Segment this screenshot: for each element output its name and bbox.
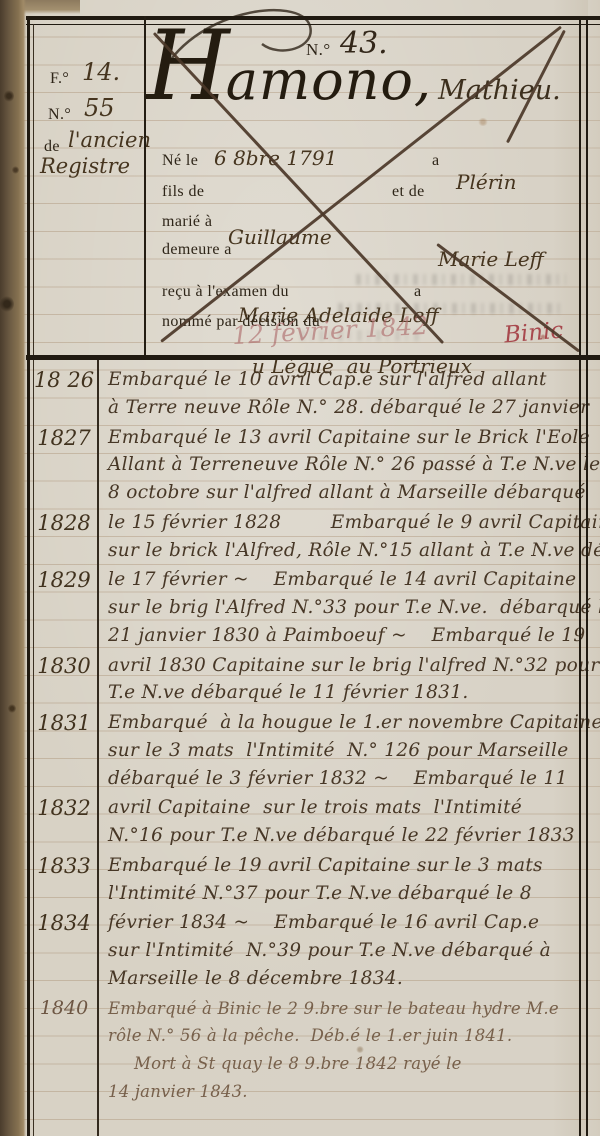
table-top-rule — [26, 355, 600, 360]
entry-line: février 1834 ~ Embarqué le 16 avril Cap.… — [108, 909, 596, 937]
born-label: Né le — [162, 152, 198, 170]
frame-right-rule — [579, 16, 581, 1136]
entry-text: avril 1830 Capitaine sur le brig l'alfre… — [98, 652, 599, 708]
frame-left-rule — [27, 16, 30, 1136]
entry-line: Embarqué le 19 avril Capitaine sur le 3 … — [108, 852, 596, 880]
exam-at-label: a — [414, 283, 422, 301]
table-row: 1830 avril 1830 Capitaine sur le brig l'… — [30, 652, 596, 708]
table-row: 1833 Embarqué le 19 avril Capitaine sur … — [30, 852, 596, 908]
record-name: Hamono,Mathieu. — [146, 26, 561, 112]
register-page: F.° 14. N.° 55 de l'ancien Registre N.° … — [0, 0, 600, 1136]
entry-line: l'Intimité N.°37 pour T.e N.ve débarqué … — [108, 880, 596, 908]
entry-line: Embarqué le 13 avril Capitaine sur le Br… — [108, 424, 600, 452]
entry-line: Embarqué le 10 avril Cap.e sur l'alfred … — [108, 366, 596, 394]
entry-line: à Terre neuve Rôle N.° 28. débarqué le 2… — [108, 394, 596, 422]
entry-year: 18 26 — [30, 366, 98, 422]
table-row: 18 26 Embarqué le 10 avril Cap.e sur l'a… — [30, 366, 596, 422]
frame-right-rule-outer — [586, 16, 588, 1136]
ink-stain — [0, 296, 14, 312]
surname: amono, — [226, 49, 432, 112]
table-row: 1827 Embarqué le 13 avril Capitaine sur … — [30, 424, 596, 507]
entry-text: Embarqué à Binic le 2 9.bre sur le batea… — [98, 995, 596, 1106]
resides-label: demeure a — [162, 241, 232, 259]
old-number-value: 55 — [84, 94, 115, 122]
mother-name: Marie Leff — [438, 247, 600, 271]
frame-top-rule-thin — [26, 24, 600, 25]
service-entries: 18 26 Embarqué le 10 avril Cap.e sur l'a… — [30, 366, 596, 1108]
entry-text: Embarqué le 13 avril Capitaine sur le Br… — [98, 424, 600, 507]
register-ref-line1: l'ancien — [68, 128, 151, 152]
entry-line: Embarqué à la hougue le 1.er novembre Ca… — [108, 709, 600, 737]
entry-year: 1829 — [30, 566, 98, 649]
entry-line: 21 janvier 1830 à Paimboeuf ~ Embarqué l… — [108, 622, 600, 650]
entry-line: 8 octobre sur l'alfred allant à Marseill… — [108, 479, 600, 507]
foxing-spot — [356, 1046, 364, 1053]
foxing-spot — [478, 118, 488, 126]
entry-text: avril Capitaine sur le trois mats l'Inti… — [98, 794, 596, 850]
frame-left-rule-thin — [33, 24, 34, 1136]
entry-line: le 15 février 1828 Embarqué le 9 avril C… — [108, 509, 600, 537]
entry-line: avril 1830 Capitaine sur le brig l'alfre… — [108, 652, 599, 680]
foxing-spot — [540, 334, 546, 340]
folio-label: F.° — [50, 70, 69, 88]
entry-year: 1828 — [30, 509, 98, 565]
entry-line: Allant à Terreneuve Rôle N.° 26 passé à … — [108, 451, 600, 479]
entry-line: rôle N.° 56 à la pêche. Déb.é le 1.er ju… — [108, 1022, 596, 1050]
entry-year: 1834 — [30, 909, 98, 992]
entry-line: sur l'Intimité N.°39 pour T.e N.ve débar… — [108, 937, 596, 965]
year-column-divider — [97, 360, 99, 1136]
entry-year: 1830 — [30, 652, 98, 708]
son-of-label: fils de — [162, 183, 204, 201]
entry-line: sur le brig l'Alfred N.°33 pour T.e N.ve… — [108, 594, 600, 622]
entry-year: 1827 — [30, 424, 98, 507]
entry-line: débarqué le 3 février 1832 ~ Embarqué le… — [108, 765, 600, 793]
entry-line: N.°16 pour T.e N.ve débarqué le 22 févri… — [108, 822, 596, 850]
married-label: marié à — [162, 213, 212, 231]
entry-line: Marseille le 8 décembre 1834. — [108, 965, 596, 993]
table-row: 1831 Embarqué à la hougue le 1.er novemb… — [30, 709, 596, 792]
and-of-label: et de — [392, 183, 425, 201]
table-row: 1834 février 1834 ~ Embarqué le 16 avril… — [30, 909, 596, 992]
ink-stain — [8, 704, 16, 713]
old-number-label: N.° — [48, 106, 71, 124]
entry-text: Embarqué à la hougue le 1.er novembre Ca… — [98, 709, 600, 792]
entry-line: 14 janvier 1843. — [108, 1078, 596, 1106]
table-row: 1840 Embarqué à Binic le 2 9.bre sur le … — [30, 995, 596, 1106]
entry-line: Embarqué à Binic le 2 9.bre sur le batea… — [108, 995, 596, 1023]
born-at-label: a — [432, 152, 440, 170]
entry-line: sur le brick l'Alfred, Rôle N.°15 allant… — [108, 537, 600, 565]
table-row: 1832 avril Capitaine sur le trois mats l… — [30, 794, 596, 850]
entry-text: le 15 février 1828 Embarqué le 9 avril C… — [98, 509, 600, 565]
entry-line: avril Capitaine sur le trois mats l'Inti… — [108, 794, 596, 822]
entry-line: Mort à St quay le 8 9.bre 1842 rayé le — [108, 1050, 596, 1078]
frame-top-rule — [26, 16, 600, 20]
entry-line: le 17 février ~ Embarqué le 14 avril Cap… — [108, 566, 600, 594]
entry-text: le 17 février ~ Embarqué le 14 avril Cap… — [98, 566, 600, 649]
table-row: 1829 le 17 février ~ Embarqué le 14 avri… — [30, 566, 596, 649]
entry-year: 1831 — [30, 709, 98, 792]
ink-stain — [12, 166, 19, 174]
entry-text: Embarqué le 10 avril Cap.e sur l'alfred … — [98, 366, 596, 422]
first-name: Mathieu. — [438, 75, 561, 106]
table-row: 1828 le 15 février 1828 Embarqué le 9 av… — [30, 509, 596, 565]
entry-year: 1833 — [30, 852, 98, 908]
entry-text: Embarqué le 19 avril Capitaine sur le 3 … — [98, 852, 596, 908]
entry-line: T.e N.ve débarqué le 11 février 1831. — [108, 679, 599, 707]
header-column-divider — [144, 16, 146, 356]
ink-stain — [4, 90, 14, 102]
entry-line: sur le 3 mats l'Intimité N.° 126 pour Ma… — [108, 737, 600, 765]
register-ref-line2: Registre — [40, 154, 130, 178]
entry-text: février 1834 ~ Embarqué le 16 avril Cap.… — [98, 909, 596, 992]
folio-value: 14. — [82, 58, 120, 86]
entry-year: 1840 — [30, 995, 98, 1106]
entry-year: 1832 — [30, 794, 98, 850]
